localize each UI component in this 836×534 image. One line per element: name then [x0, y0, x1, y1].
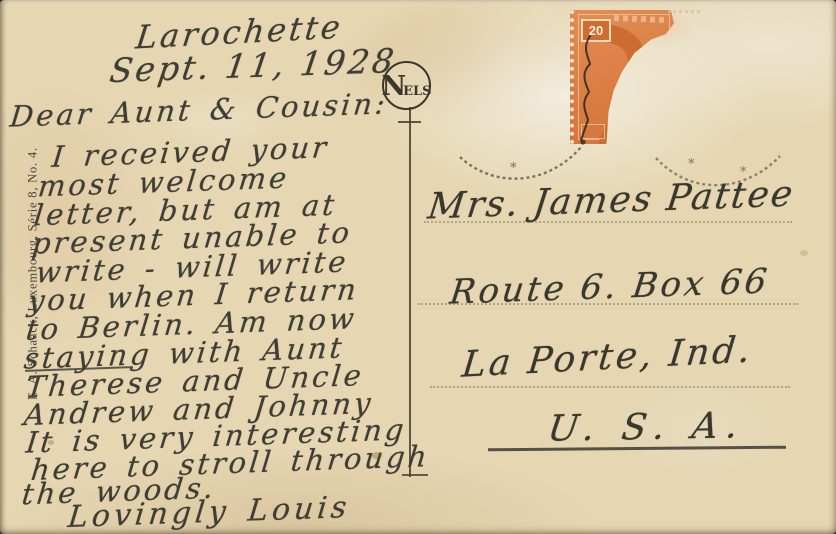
postmark-star-mark: * [510, 161, 517, 176]
address-ruled-line [424, 221, 792, 223]
divider-foot-mark [402, 474, 428, 476]
center-divider-line [409, 107, 411, 477]
address-city: La Porte, Ind. [460, 332, 754, 383]
address-country: U. S. A. [545, 408, 748, 448]
stamp-perforation-remnant [668, 10, 700, 13]
address-recipient: Mrs. James Pattee [426, 177, 797, 226]
postmark-star-mark: * [688, 157, 695, 172]
heading-date: Sept. 11, 1928 [108, 44, 399, 87]
usa-underline-stroke [488, 446, 786, 451]
divider-cross-mark [398, 121, 421, 123]
message-salutation: Dear Aunt & Cousin: [9, 89, 390, 131]
address-ruled-line [430, 386, 790, 388]
address-ruled-line [418, 303, 798, 305]
message-signature: Lovingly Louis [67, 493, 352, 533]
paper-stain [800, 250, 808, 256]
postmark-arc-left [460, 146, 582, 179]
stamp-corner-box [581, 124, 605, 139]
postage-stamp: 20 [570, 10, 674, 144]
paper-stain [48, 440, 54, 445]
paper-stain [372, 452, 382, 459]
postcard-back: Larochette Sept. 11, 1928 NELS E. A. Sch… [0, 0, 836, 534]
stamp-denomination: 20 [581, 19, 611, 42]
